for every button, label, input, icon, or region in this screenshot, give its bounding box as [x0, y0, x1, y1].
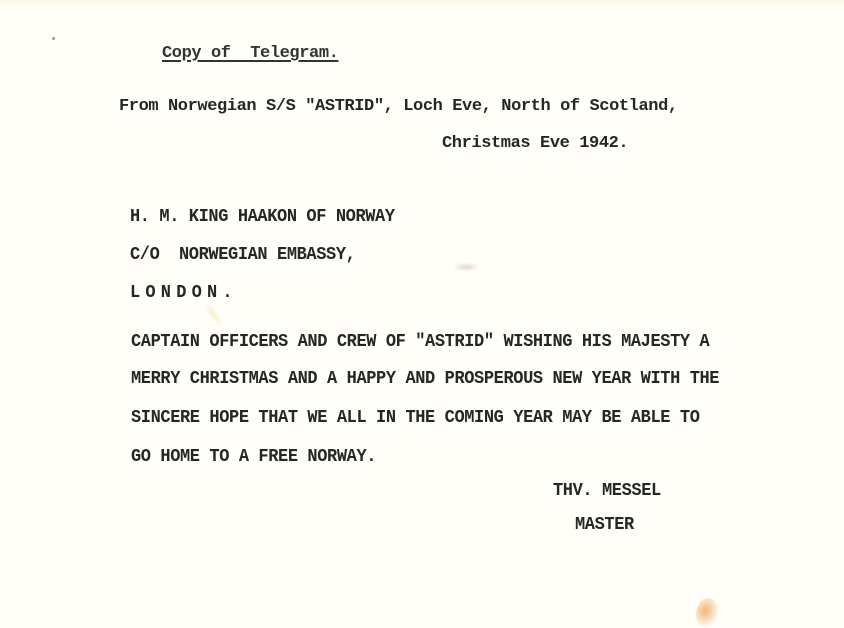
- address-city: LONDON.: [130, 283, 238, 305]
- date-line: Christmas Eve 1942.: [442, 134, 628, 154]
- ink-smudge: [452, 262, 480, 272]
- signature-name: THV. MESSEL: [553, 481, 661, 503]
- message-line: GO HOME TO A FREE NORWAY.: [131, 447, 376, 469]
- corner-stain: [692, 595, 723, 628]
- telegram-page: Copy of Telegram. From Norwegian S/S "AS…: [0, 0, 844, 628]
- document-heading: Copy of Telegram.: [162, 44, 338, 64]
- signature-title: MASTER: [575, 515, 634, 537]
- message-line: CAPTAIN OFFICERS AND CREW OF "ASTRID" WI…: [131, 332, 709, 354]
- paper-stain: [202, 300, 226, 329]
- address-recipient: H. M. KING HAAKON OF NORWAY: [130, 207, 395, 229]
- message-line: SINCERE HOPE THAT WE ALL IN THE COMING Y…: [131, 408, 700, 430]
- paper-speck: [52, 37, 55, 40]
- from-line: From Norwegian S/S "ASTRID", Loch Eve, N…: [119, 97, 678, 117]
- address-care-of: C/O NORWEGIAN EMBASSY,: [130, 245, 355, 267]
- message-line: MERRY CHRISTMAS AND A HAPPY AND PROSPERO…: [131, 369, 719, 391]
